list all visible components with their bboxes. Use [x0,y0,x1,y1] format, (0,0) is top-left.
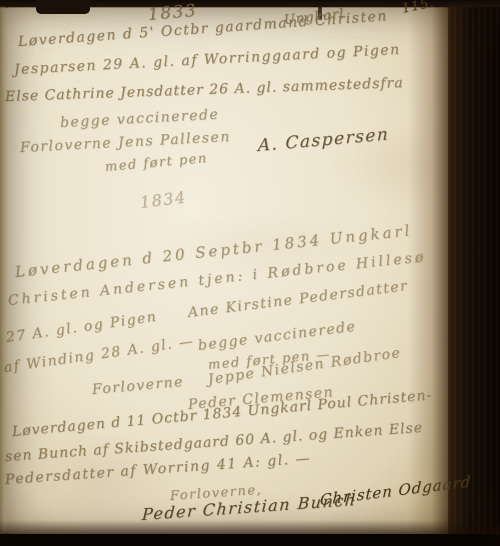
handwriting-layer: 1833 115. Ungkarl Løverdagen d 5' Octbr … [0,0,500,546]
record1-line2: Jesparsen 29 A. gl. af Worringgaard og P… [14,42,401,78]
record1-line1: Løverdagen d 5' Octbr gaardmand Christen [17,8,388,50]
year-header-1834: 1834 [139,187,188,212]
record1-line3: Else Cathrine Jensdatter 26 A. gl. samme… [5,75,404,105]
record1-signature: A. Caspersen [258,124,390,156]
record2-line4b: begge vaccinerede [197,319,357,354]
record3-signature2: Christen Odgaard [320,472,472,509]
scanned-register-page: 1833 115. Ungkarl Løverdagen d 5' Octbr … [0,0,500,546]
page-number: 115. [400,0,435,17]
record1-line6: med ført pen [104,151,208,175]
record2-line6a: Forloverne [91,374,184,398]
record1-line4: begge vaccinerede [60,107,220,131]
